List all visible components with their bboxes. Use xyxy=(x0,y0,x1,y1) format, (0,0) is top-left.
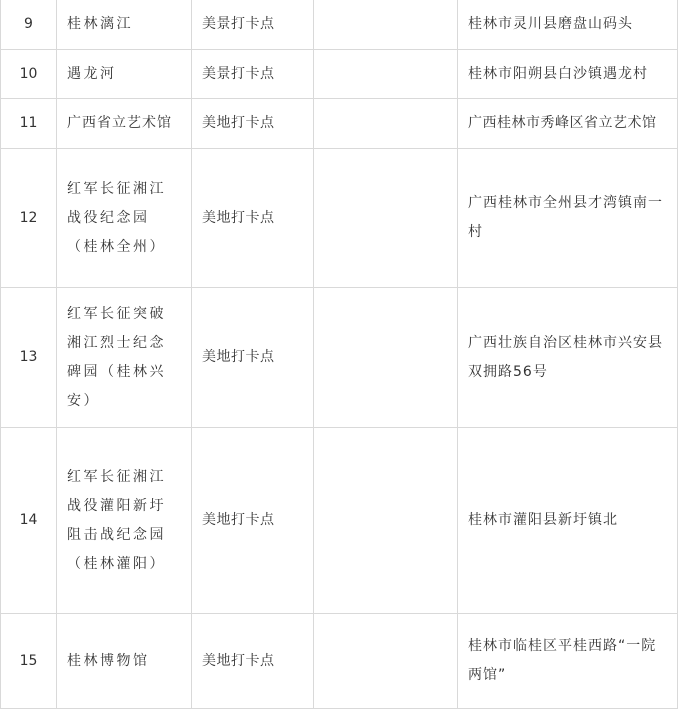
row-number: 15 xyxy=(1,614,57,709)
place-name: 红军长征湘江战役灌阳新圩阻击战纪念园（桂林灌阳） xyxy=(57,428,192,614)
place-type: 美景打卡点 xyxy=(192,50,314,99)
table-row: 15 桂林博物馆 美地打卡点 桂林市临桂区平桂西路“一院两馆” xyxy=(1,614,678,709)
place-type: 美地打卡点 xyxy=(192,149,314,288)
blank-cell xyxy=(314,50,458,99)
blank-cell xyxy=(314,428,458,614)
place-address: 桂林市阳朔县白沙镇遇龙村 xyxy=(458,50,678,99)
place-name: 红军长征突破湘江烈士纪念碑园（桂林兴安） xyxy=(57,288,192,428)
blank-cell xyxy=(314,614,458,709)
place-name: 遇龙河 xyxy=(57,50,192,99)
row-number: 11 xyxy=(1,99,57,149)
attractions-table: 9 桂林漓江 美景打卡点 桂林市灵川县磨盘山码头 10 遇龙河 美景打卡点 桂林… xyxy=(0,0,678,709)
place-type: 美地打卡点 xyxy=(192,614,314,709)
place-address: 广西壮族自治区桂林市兴安县双拥路56号 xyxy=(458,288,678,428)
blank-cell xyxy=(314,99,458,149)
row-number: 9 xyxy=(1,0,57,50)
place-type: 美地打卡点 xyxy=(192,428,314,614)
row-number: 14 xyxy=(1,428,57,614)
place-address: 广西桂林市秀峰区省立艺术馆 xyxy=(458,99,678,149)
place-type: 美地打卡点 xyxy=(192,99,314,149)
place-address: 桂林市灌阳县新圩镇北 xyxy=(458,428,678,614)
table-body: 9 桂林漓江 美景打卡点 桂林市灵川县磨盘山码头 10 遇龙河 美景打卡点 桂林… xyxy=(1,0,678,709)
blank-cell xyxy=(314,0,458,50)
table-row: 13 红军长征突破湘江烈士纪念碑园（桂林兴安） 美地打卡点 广西壮族自治区桂林市… xyxy=(1,288,678,428)
place-type: 美地打卡点 xyxy=(192,288,314,428)
place-address: 广西桂林市全州县才湾镇南一村 xyxy=(458,149,678,288)
row-number: 12 xyxy=(1,149,57,288)
table-row: 14 红军长征湘江战役灌阳新圩阻击战纪念园（桂林灌阳） 美地打卡点 桂林市灌阳县… xyxy=(1,428,678,614)
place-name: 红军长征湘江战役纪念园（桂林全州） xyxy=(57,149,192,288)
place-name: 桂林博物馆 xyxy=(57,614,192,709)
place-address: 桂林市灵川县磨盘山码头 xyxy=(458,0,678,50)
blank-cell xyxy=(314,288,458,428)
table-row: 12 红军长征湘江战役纪念园（桂林全州） 美地打卡点 广西桂林市全州县才湾镇南一… xyxy=(1,149,678,288)
row-number: 13 xyxy=(1,288,57,428)
place-name: 广西省立艺术馆 xyxy=(57,99,192,149)
place-name: 桂林漓江 xyxy=(57,0,192,50)
blank-cell xyxy=(314,149,458,288)
place-type: 美景打卡点 xyxy=(192,0,314,50)
table-row: 10 遇龙河 美景打卡点 桂林市阳朔县白沙镇遇龙村 xyxy=(1,50,678,99)
place-address: 桂林市临桂区平桂西路“一院两馆” xyxy=(458,614,678,709)
row-number: 10 xyxy=(1,50,57,99)
table-row: 9 桂林漓江 美景打卡点 桂林市灵川县磨盘山码头 xyxy=(1,0,678,50)
table-row: 11 广西省立艺术馆 美地打卡点 广西桂林市秀峰区省立艺术馆 xyxy=(1,99,678,149)
